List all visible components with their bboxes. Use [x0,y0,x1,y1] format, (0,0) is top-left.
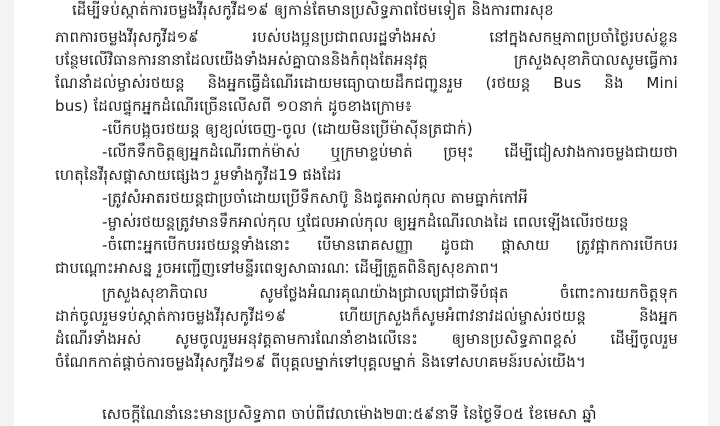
paragraph-2-line-2: ដាក់ចូលរួមទប់ស្កាត់ការចម្លងវីរុសកូវីដ១៩ … [55,306,678,326]
paragraph-1-line-5: bus) ដែលផ្ទុកអ្នកដំណើរច្រើនលើសពី ១០នាក់ … [55,96,678,116]
bullet-alcohol-gel: -ម្ចាស់រថយន្តត្រូវមានទឹកអាល់កុល ឬជែលអាល់… [102,212,678,232]
paragraph-1-line-4: ណែនាំដល់ម្ចាស់រថយន្ត និងអ្នកធ្វើដំណើរដោយ… [55,73,678,93]
closing-line-partial: សេចក្តីណែនាំនេះមានប្រសិទ្ធភាព ចាប់ពីវេលា… [102,404,678,426]
paragraph-1-line-2: ភាពការចម្លងវីរុសកូវីដ១៩ របស់បងប្អូនប្រជា… [55,27,678,47]
paragraph-2-line-4: ចំណែកកាត់ផ្តាច់ការចម្លងវីរុសកូវីដ១៩ ពីបុ… [55,352,678,372]
paragraph-2-line-3: ដំណើរទាំងអស់ សូមចូលរួមអនុវត្តតាមការណែនាំ… [55,329,678,349]
paragraph-1-line-1: ដើម្បីទប់ស្កាត់ការចម្លងវីរុសកូវីដ១៩ ឲ្យក… [72,0,678,20]
right-margin-strip [708,0,720,426]
bullet-drivers-symptoms-cont: ជាបណ្តោះអាសន្ន រួចអញ្ជើញទៅមន្ទីរពេទ្យសាធ… [55,258,678,278]
bullet-drivers-symptoms: -ចំពោះអ្នកបើកបររថយន្តទាំងនោះ បើមានរោគសញ្… [102,235,678,255]
bullet-open-windows: -បើកបង្អួចរថយន្ត ឲ្យខ្យល់ចេញ-ចូល (ដោយមិន… [102,119,678,139]
bullet-encourage-masks-cont: ហេតុនៃវីរុសផ្តាសាយផ្សេងៗ រួមទាំងកូវីដ19 … [55,165,678,185]
paragraph-2-line-1: ក្រសួងសុខាភិបាល សូមថ្លែងអំណរគុណយ៉ាងជ្រាល… [102,283,678,303]
document-page: ដើម្បីទប់ស្កាត់ការចម្លងវីរុសកូវីដ១៩ ឲ្យក… [14,0,708,426]
bullet-clean-vehicle: -ត្រូវសំអាតរថយន្តជាប្រចាំដោយប្រើទឹកសាប៊ូ… [102,188,678,208]
bullet-encourage-masks: -លើកទឹកចិត្តឲ្យអ្នកដំណើរពាក់ម៉ាស់ ឬក្រមា… [102,142,678,162]
paragraph-1-line-3: បន្ថែមលើវិធានការនានាដែលយើងទាំងអស់គ្នាបាន… [55,50,678,70]
